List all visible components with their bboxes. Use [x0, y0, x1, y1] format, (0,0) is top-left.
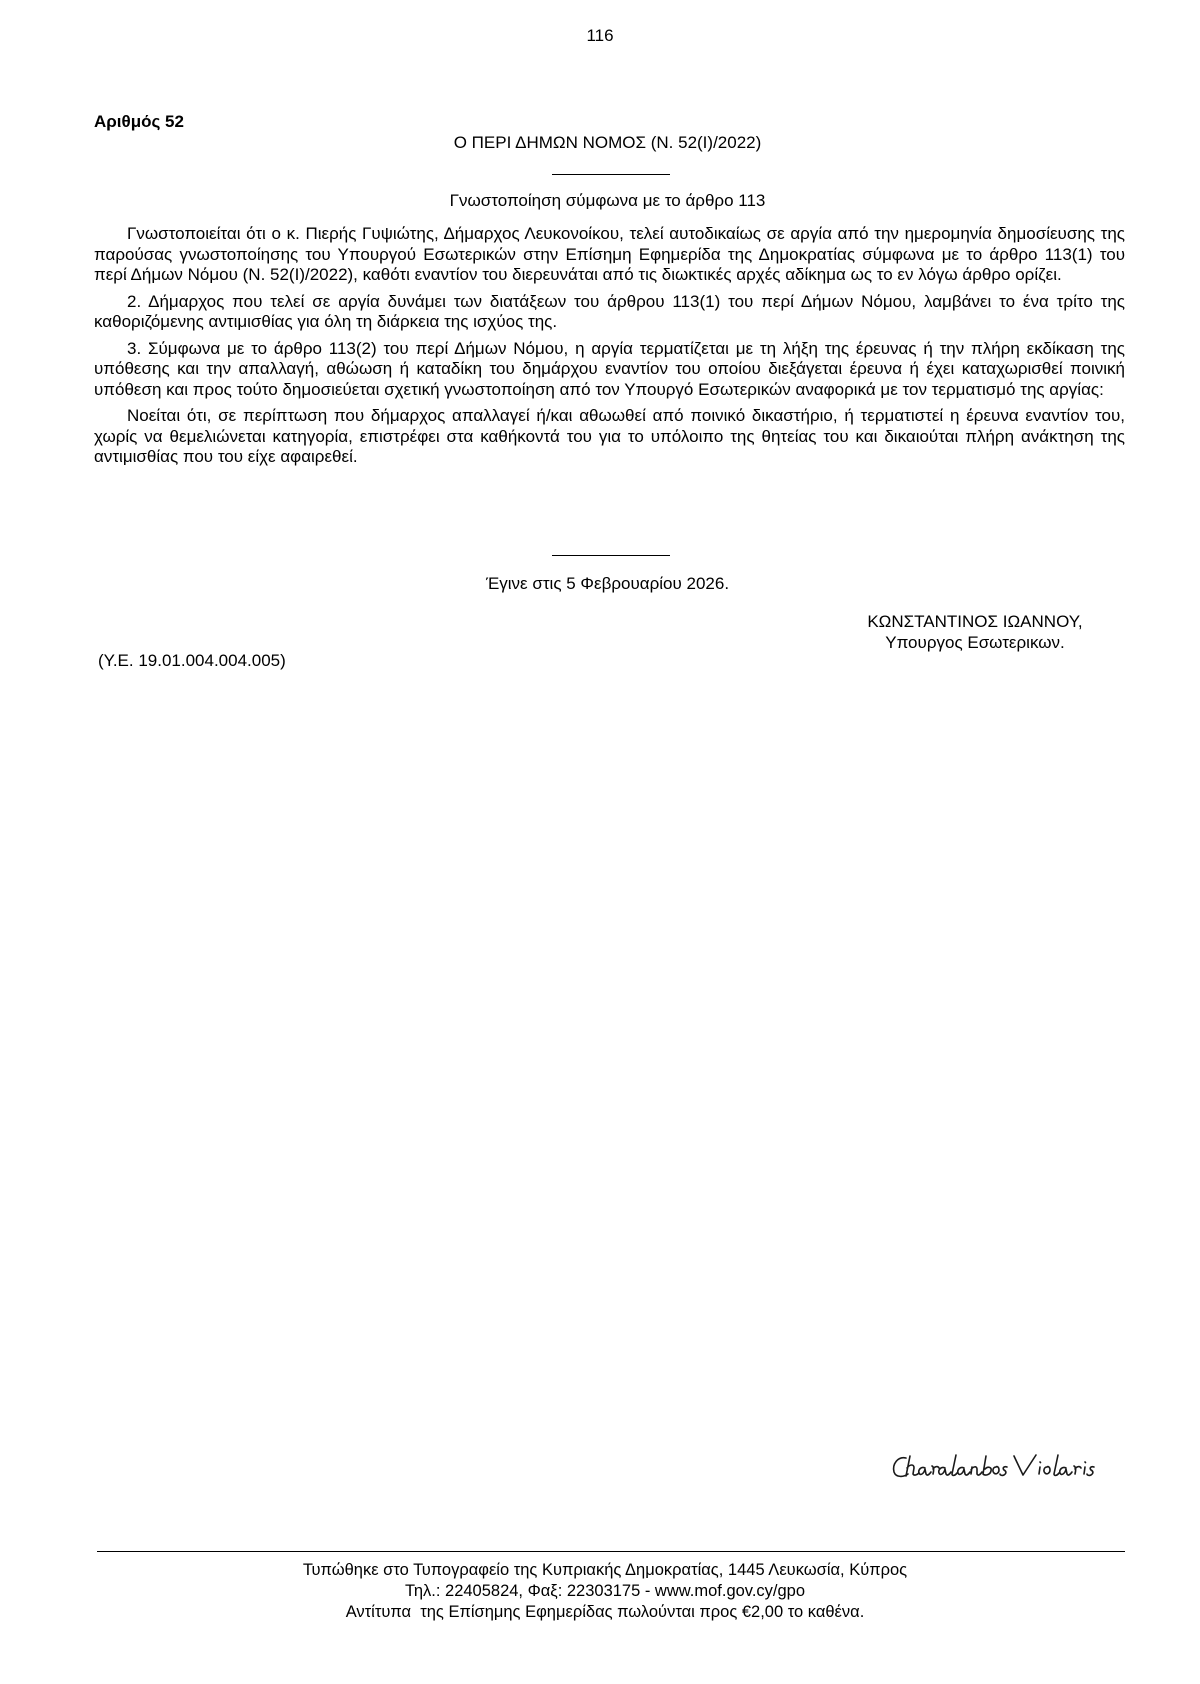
date-of-issue: Έγινε στις 5 Φεβρουαρίου 2026. [0, 574, 1200, 594]
law-title: Ο ΠΕΡΙ ΔΗΜΩΝ ΝΟΜΟΣ (Ν. 52(Ι)/2022) [0, 133, 1200, 153]
paragraph-3: 3. Σύμφωνα με το άρθρο 113(2) του περί Δ… [94, 339, 1125, 401]
footer-divider [97, 1551, 1125, 1552]
handwritten-signature: Charalambos Violaris [890, 1452, 1100, 1484]
footer-printer-address: Τυπώθηκε στο Τυπογραφείο της Κυπριακής Δ… [10, 1560, 1200, 1581]
signatory-block: ΚΩΝΣΤΑΝΤΙΝΟΣ ΙΩΑΝΝΟΥ, Υπουργος Εσωτερικω… [830, 611, 1120, 653]
paragraph-proviso: Νοείται ότι, σε περίπτωση που δήμαρχος α… [94, 406, 1125, 468]
title-divider [552, 174, 670, 175]
page-number: 116 [0, 26, 1200, 46]
notice-subtitle: Γνωστοποίηση σύμφωνα με το άρθρο 113 [0, 191, 1200, 211]
notice-number: Αριθμός 52 [94, 112, 184, 132]
closing-divider [552, 555, 670, 556]
signatory-name: ΚΩΝΣΤΑΝΤΙΝΟΣ ΙΩΑΝΝΟΥ, [830, 611, 1120, 632]
reference-number: (Υ.Ε. 19.01.004.004.005) [98, 651, 286, 671]
signatory-title: Υπουργος Εσωτερικων. [830, 632, 1120, 653]
footer-contact: Τηλ.: 22405824, Φαξ: 22303175 - www.mof.… [10, 1581, 1200, 1602]
paragraph-1: Γνωστοποιείται ότι ο κ. Πιερής Γυψιώτης,… [94, 224, 1125, 286]
paragraph-2: 2. Δήμαρχος που τελεί σε αργία δυνάμει τ… [94, 292, 1125, 333]
notice-body: Γνωστοποιείται ότι ο κ. Πιερής Γυψιώτης,… [94, 224, 1125, 474]
printer-footer: Τυπώθηκε στο Τυπογραφείο της Κυπριακής Δ… [0, 1560, 1200, 1623]
footer-price-note: Αντίτυπα της Επίσημης Εφημερίδας πωλούντ… [10, 1602, 1200, 1623]
